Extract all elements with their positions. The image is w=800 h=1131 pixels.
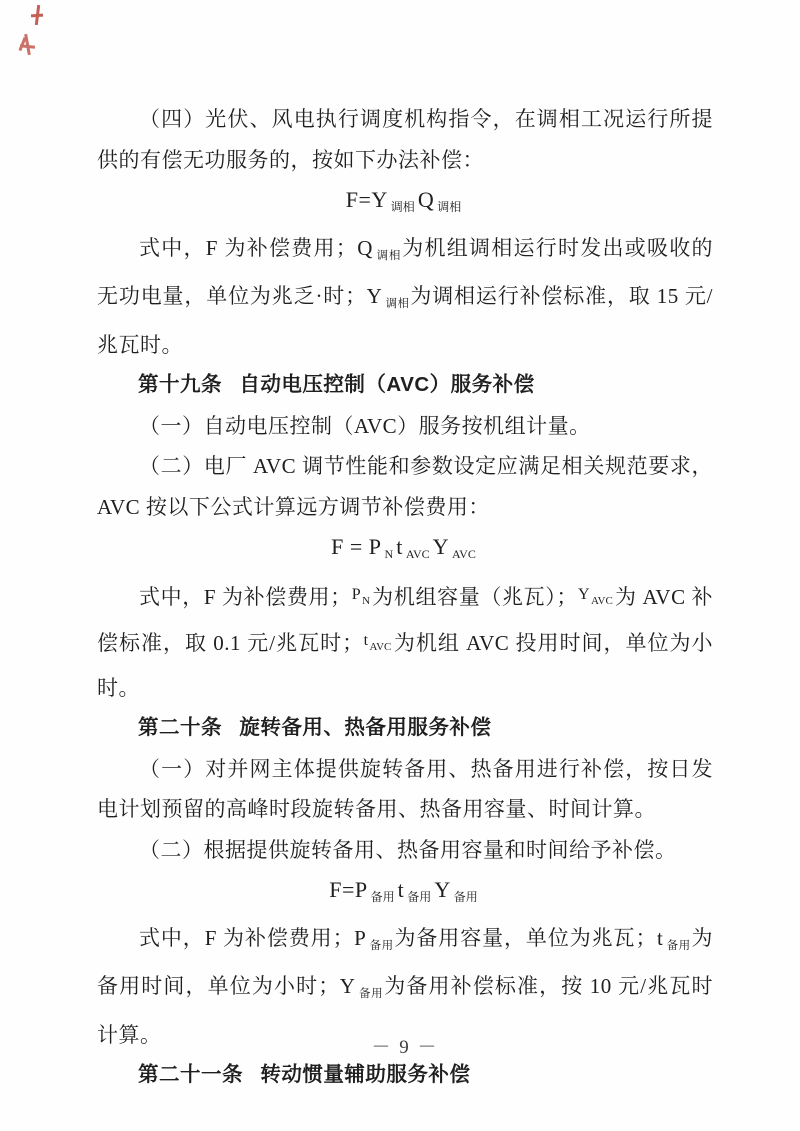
text-run: 式中，F 为补偿费用；Q [139,236,373,260]
formula-subscript: 调相 [391,200,415,214]
article-number: 第十九条 [138,373,222,396]
formula-subscript: 备用 [454,890,478,904]
raised-subscript: AVC [591,595,613,607]
inline-subscript: 调相 [376,250,401,262]
article-number: 第二十一条 [138,1063,243,1086]
formula-base: F = P [331,534,381,559]
page-number: － 9 － [97,1032,713,1059]
formula-subscript: N [385,547,394,561]
article-title: 旋转备用、热备用服务补偿 [239,716,491,739]
red-stamp-fragment [30,5,46,27]
raised-symbol: Y [578,586,590,603]
section-heading-article-19: 第十九条自动电压控制（AVC）服务补偿 [97,365,713,406]
document-body: （四）光伏、风电执行调度机构指令，在调相工况运行所提供的有偿无功服务的，按如下办… [97,99,713,1096]
text-run: 式中，F 为补偿费用；P [139,926,366,950]
article-title: 转动惯量辅助服务补偿 [260,1063,470,1086]
red-stamp-fragment [18,33,38,57]
formula-reserve: F=P备用t备用Y备用 [97,870,713,918]
text-run: 式中，F 为补偿费用； [139,585,352,609]
paragraph-avc-definition: 式中，F 为补偿费用；PN为机组容量（兆瓦）；YAVC为 AVC 补偿标准，取 … [97,575,713,709]
formula-base: F=Y [346,187,388,212]
raised-symbol: t [364,632,369,649]
formula-base: Y [434,877,450,902]
paragraph-avc-item-2: （二）电厂 AVC 调节性能和参数设定应满足相关规范要求，AVC 按以下公式计算… [97,446,713,527]
section-heading-article-21: 第二十一条转动惯量辅助服务补偿 [97,1055,713,1096]
raised-subscript: AVC [370,641,392,653]
formula-subscript: AVC [406,547,430,561]
inline-subscript: 备用 [666,940,690,952]
formula-subscript: 备用 [371,890,395,904]
formula-subscript: AVC [452,547,476,561]
formula-base: Y [433,534,449,559]
paragraph-avc-item-1: （一）自动电压控制（AVC）服务按机组计量。 [97,406,713,447]
stamp-stroke [31,14,43,17]
raised-symbol: P [352,586,361,603]
paragraph-reserve-item-2: （二）根据提供旋转备用、热备用容量和时间给予补偿。 [97,830,713,871]
text-run: 为备用容量，单位为兆瓦；t [394,926,663,950]
section-heading-article-20: 第二十条旋转备用、热备用服务补偿 [97,708,713,749]
formula-subscript: 调相 [437,200,461,214]
formula-avc: F = PNtAVCYAVC [97,527,713,575]
raised-subscript: N [362,595,370,607]
formula-base: F=P [329,877,367,902]
document-page: （四）光伏、风电执行调度机构指令，在调相工况运行所提供的有偿无功服务的，按如下办… [0,0,800,1131]
text-run: 为机组容量（兆瓦）； [372,585,578,609]
formula-base: t [396,534,403,559]
formula-subscript: 备用 [407,890,431,904]
formula-base: Q [418,187,434,212]
article-title: 自动电压控制（AVC）服务补偿 [239,373,534,396]
formula-phase-modulation: F=Y调相Q调相 [97,180,713,228]
paragraph-reactive-power-intro: （四）光伏、风电执行调度机构指令，在调相工况运行所提供的有偿无功服务的，按如下办… [97,99,713,180]
formula-base: t [398,877,405,902]
paragraph-phase-modulation-definition: 式中，F 为补偿费用；Q调相为机组调相运行时发出或吸收的无功电量，单位为兆乏·时… [97,228,713,366]
inline-subscript: 备用 [358,988,383,1000]
inline-subscript: 调相 [385,298,409,310]
paragraph-reserve-item-1: （一）对并网主体提供旋转备用、热备用进行补偿，按日发电计划预留的高峰时段旋转备用… [97,749,713,830]
inline-subscript: 备用 [369,940,393,952]
article-number: 第二十条 [138,716,222,739]
